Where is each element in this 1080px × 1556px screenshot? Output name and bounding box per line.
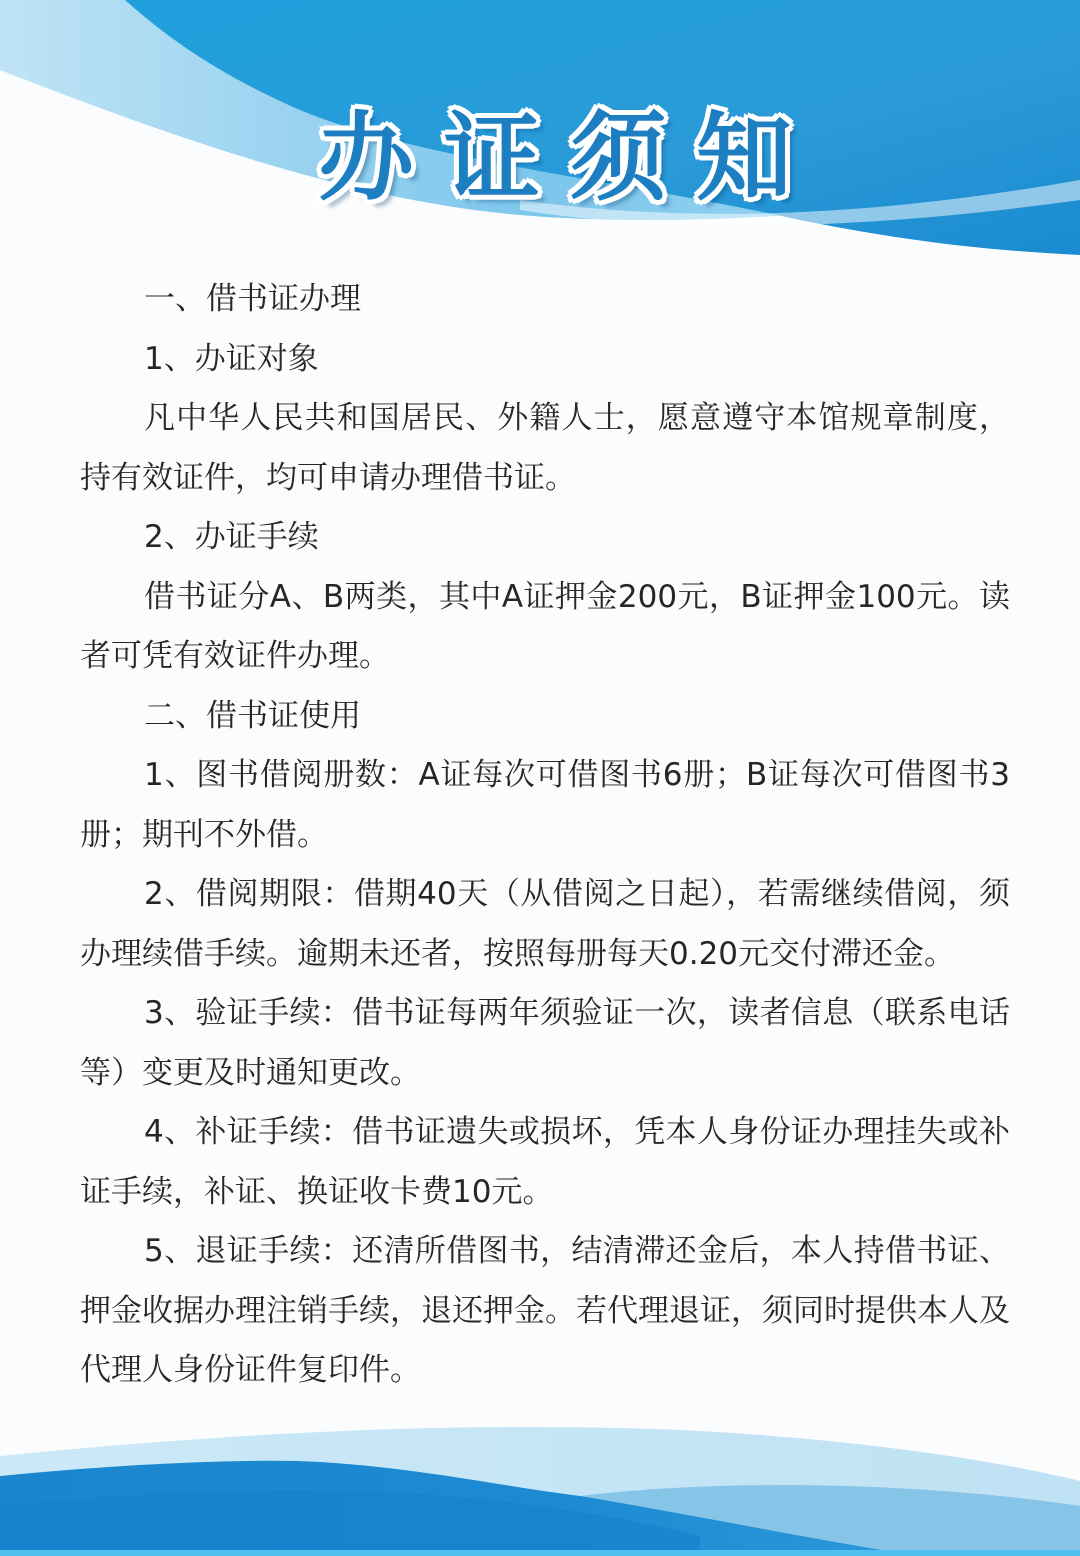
- subsection-heading: 2、办证手续: [80, 508, 1010, 568]
- rule-item: 4、补证手续：借书证遗失或损坏，凭本人身份证办理挂失或补证手续，补证、换证收卡费…: [80, 1103, 1010, 1222]
- header-banner: 办证须知: [0, 0, 1080, 260]
- paragraph: 凡中华人民共和国居民、外籍人士，愿意遵守本馆规章制度，持有效证件，均可申请办理借…: [80, 389, 1010, 508]
- wave-footer-graphic: [0, 1376, 1080, 1556]
- notice-content: 一、借书证办理 1、办证对象 凡中华人民共和国居民、外籍人士，愿意遵守本馆规章制…: [80, 270, 1010, 1401]
- paragraph: 借书证分A、B两类，其中A证押金200元，B证押金100元。读者可凭有效证件办理…: [80, 568, 1010, 687]
- rule-item: 5、退证手续：还清所借图书，结清滞还金后，本人持借书证、押金收据办理注销手续，退…: [80, 1222, 1010, 1401]
- section-heading: 一、借书证办理: [80, 270, 1010, 330]
- footer-banner: [0, 1376, 1080, 1556]
- rule-item: 2、借阅期限：借期40天（从借阅之日起），若需继续借阅，须办理续借手续。逾期未还…: [80, 865, 1010, 984]
- rule-item: 3、验证手续：借书证每两年须验证一次，读者信息（联系电话等）变更及时通知更改。: [80, 984, 1010, 1103]
- section-heading: 二、借书证使用: [80, 687, 1010, 747]
- page-title: 办证须知: [0, 82, 1080, 219]
- subsection-heading: 1、办证对象: [80, 330, 1010, 390]
- rule-item: 1、图书借阅册数：A证每次可借图书6册；B证每次可借图书3册；期刊不外借。: [80, 746, 1010, 865]
